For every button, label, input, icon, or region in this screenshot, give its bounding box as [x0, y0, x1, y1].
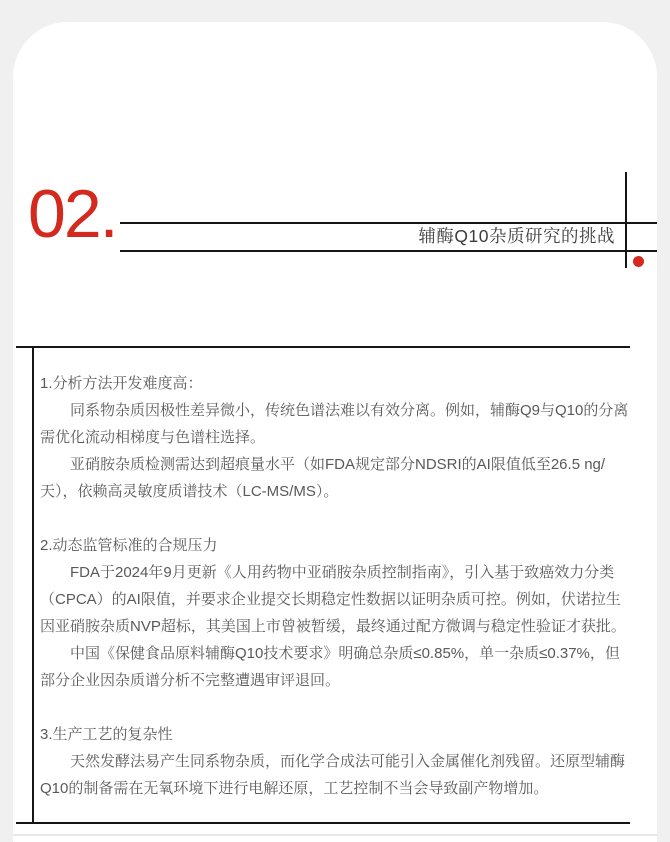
body-paragraph: 天然发酵法易产生同系物杂质，而化学合成法可能引入金属催化剂残留。还原型辅酶Q10… — [40, 748, 632, 802]
page-separator — [13, 834, 657, 836]
title-divider-bottom — [120, 250, 657, 252]
body-paragraph: 同系物杂质因极性差异微小，传统色谱法难以有效分离。例如，辅酶Q9与Q10的分离需… — [40, 397, 632, 451]
content-frame-bottom — [16, 822, 630, 824]
section-number: 02. — [28, 180, 117, 248]
section-heading: 2.动态监管标准的合规压力 — [40, 532, 632, 559]
page-title: 辅酶Q10杂质研究的挑战 — [418, 223, 615, 250]
document-page: 02. 辅酶Q10杂质研究的挑战 1.分析方法开发难度高： 同系物杂质因极性差异… — [13, 22, 657, 842]
body-paragraph: FDA于2024年9月更新《人用药物中亚硝胺杂质控制指南》，引入基于致癌效力分类… — [40, 559, 632, 640]
body-paragraph: 中国《保健食品原料辅酶Q10技术要求》明确总杂质≤0.85%，单一杂质≤0.37… — [40, 640, 632, 694]
content-frame-top — [16, 346, 630, 348]
body-paragraph: 亚硝胺杂质检测需达到超痕量水平（如FDA规定部分NDSRI的AI限值低至26.5… — [40, 451, 632, 505]
content-area: 1.分析方法开发难度高： 同系物杂质因极性差异微小，传统色谱法难以有效分离。例如… — [40, 370, 632, 802]
section-heading: 3.生产工艺的复杂性 — [40, 721, 632, 748]
content-frame-left — [32, 346, 34, 824]
section-heading: 1.分析方法开发难度高： — [40, 370, 632, 397]
title-vertical-rule — [625, 172, 627, 268]
accent-dot-icon — [633, 256, 644, 267]
